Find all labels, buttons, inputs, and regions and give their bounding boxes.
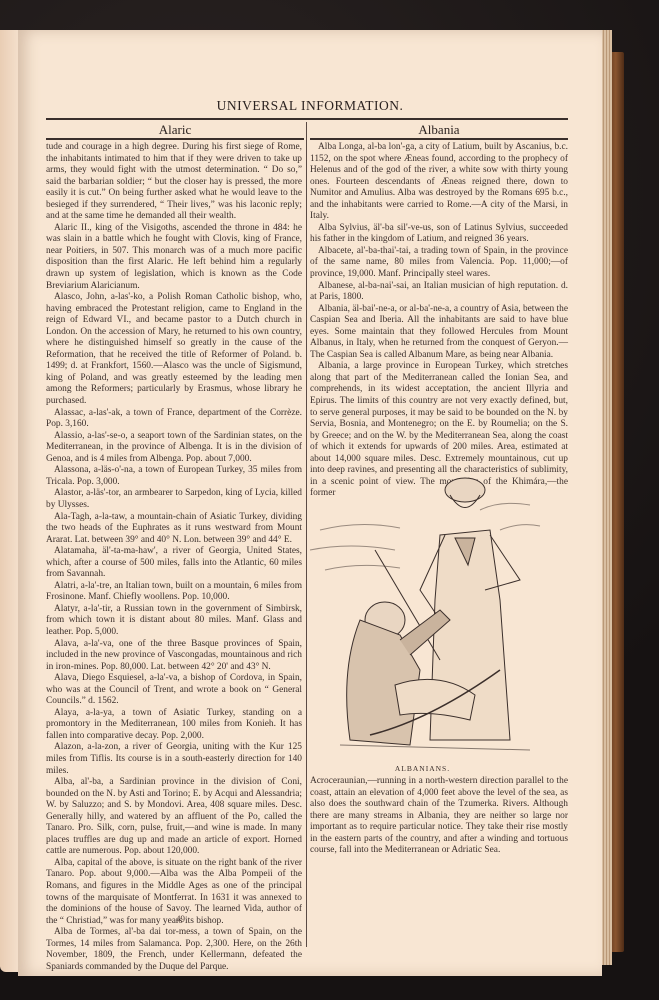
right-guide-word: Albania <box>310 122 568 138</box>
entry-alassona: Alassona, a-läs-o'-na, a town of Europea… <box>46 465 302 488</box>
entry-alasco: Alasco, John, a-las'-ko, a Polish Roman … <box>46 292 302 407</box>
right-column: Alba Longa, al-ba lon'-ga, a city of Lat… <box>310 142 568 500</box>
entry-alatyr: Alatyr, a-la'-tir, a Russian town in the… <box>46 604 302 639</box>
entry-alba-de-tormes: Alba de Tormes, al'-ba dai tor-mess, a t… <box>46 927 302 973</box>
book-page: UNIVERSAL INFORMATION. Alaric Albania tu… <box>18 30 602 976</box>
entry-alba-capital: Alba, capital of the above, is situate o… <box>46 858 302 927</box>
entry-alava-diego: Alava, Diego Esquiesel, a-la'-va, a bish… <box>46 673 302 708</box>
right-guide-rule <box>310 138 568 140</box>
illustration-caption: ALBANIANS. <box>300 764 545 773</box>
entry-alba-sylvius: Alba Sylvius, äl'-ba sil'-ve-us, son of … <box>310 223 568 246</box>
albanians-engraving-illustration <box>300 470 545 758</box>
entry-albania-continued: Acroceraunian,—running in a north-wester… <box>310 776 568 857</box>
entry-alaya: Alaya, a-la-ya, a town of Asiatic Turkey… <box>46 708 302 743</box>
entry-paragraph: tude and courage in a high degree. Durin… <box>46 142 302 223</box>
entry-alba-province: Alba, al'-ba, a Sardinian province in th… <box>46 777 302 858</box>
entry-alazon: Alazon, a-la-zon, a river of Georgia, un… <box>46 742 302 777</box>
left-guide-rule <box>46 138 304 140</box>
left-column: tude and courage in a high degree. Durin… <box>46 142 302 973</box>
entry-alassio: Alassio, a-las'-se-o, a seaport town of … <box>46 431 302 466</box>
entry-alassac: Alassac, a-las'-ak, a town of France, de… <box>46 408 302 431</box>
entry-alaric-ii: Alaric II., king of the Visigoths, ascen… <box>46 223 302 292</box>
entry-ala-tagh: Ala-Tagh, a-la-taw, a mountain-chain of … <box>46 512 302 547</box>
left-guide-word: Alaric <box>46 122 304 138</box>
right-column-continuation: Acroceraunian,—running in a north-wester… <box>310 776 568 857</box>
entry-alatri: Alatri, a-la'-tre, an Italian town, buil… <box>46 581 302 604</box>
running-head: UNIVERSAL INFORMATION. <box>18 98 602 114</box>
entry-alava: Alava, a-la'-va, one of the three Basque… <box>46 639 302 674</box>
book-cover-edge <box>610 52 624 952</box>
entry-alatamaha: Alatamaha, äl'-ta-ma-haw', a river of Ge… <box>46 546 302 581</box>
page-number: 49 <box>176 914 185 924</box>
entry-alastor: Alastor, a-läs'-tor, an armbearer to Sar… <box>46 488 302 511</box>
entry-albacete: Albacete, al'-ba-thai'-tai, a trading to… <box>310 246 568 281</box>
header-rule <box>46 118 568 120</box>
entry-albanese: Albanese, al-ba-nai'-sai, an Italian mus… <box>310 281 568 304</box>
entry-albania-asia: Albania, äl-bai'-ne-a, or al-ba'-ne-a, a… <box>310 304 568 362</box>
entry-alba-longa: Alba Longa, al-ba lon'-ga, a city of Lat… <box>310 142 568 223</box>
